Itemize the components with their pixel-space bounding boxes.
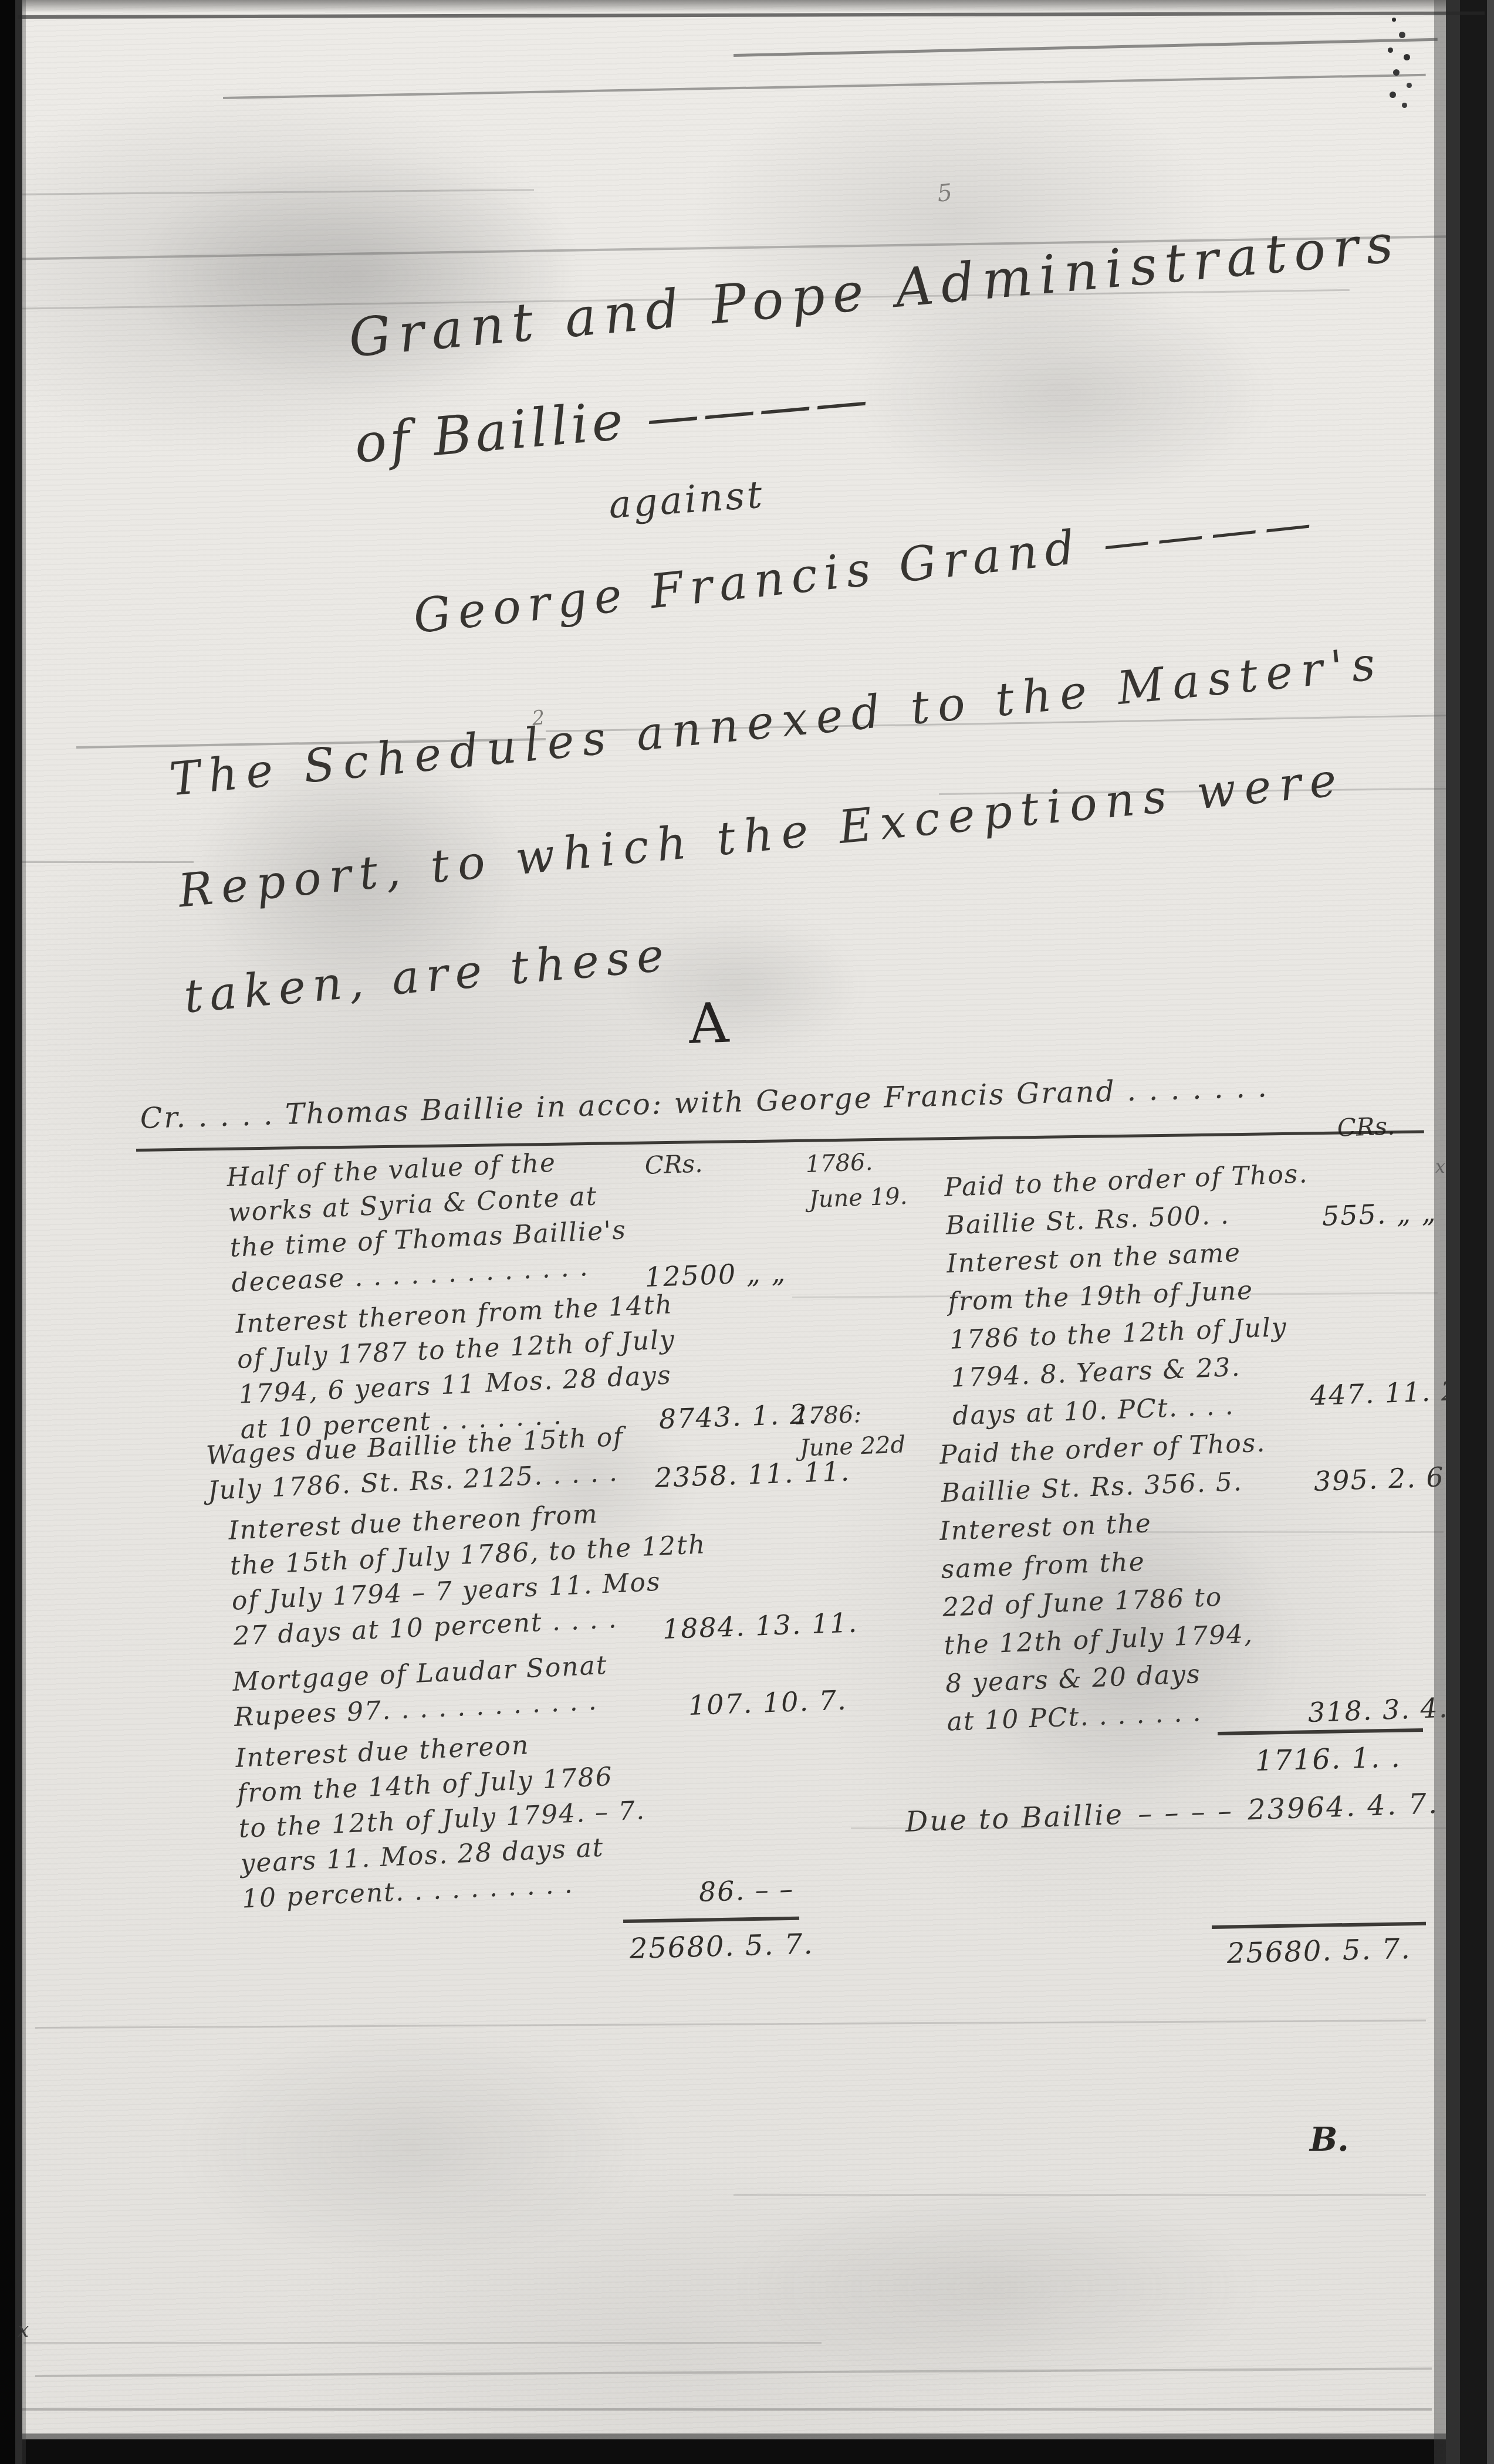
- ledger-left-entry-4: Interest due thereon from the 15th of Ju…: [228, 1492, 710, 1654]
- entry-amount: 107. 10. 7.: [688, 1684, 847, 1721]
- insert-mark: 2: [531, 706, 546, 730]
- ledger-left-entry-6: Interest due thereon from the 14th of Ju…: [235, 1723, 650, 1917]
- account-heading: Cr. . . . . Thomas Baillie in acco: with…: [140, 1070, 1269, 1135]
- scan-line: [734, 2194, 1426, 2196]
- ledger-right-entry-4: Interest on the same from the 22d of Jun…: [939, 1501, 1257, 1741]
- entry-amount: 86. – –: [698, 1873, 795, 1908]
- left-edge-mark: x: [18, 2319, 29, 2342]
- left-total-rule: [623, 1917, 799, 1923]
- date-year-1: 1786.: [805, 1149, 873, 1178]
- plate-letter-b: B.: [1310, 2120, 1349, 2159]
- entry-amount: 2358. 11. 11.: [654, 1455, 851, 1494]
- scan-line: [35, 2368, 1432, 2377]
- right-total: 25680. 5. 7.: [1226, 1932, 1411, 1970]
- entry-amount: 1884. 13. 11.: [662, 1606, 858, 1645]
- ledger-left-entry-5: Mortgage of Laudar Sonat Rupees 97. . . …: [232, 1648, 610, 1735]
- scan-line: [18, 2408, 1432, 2411]
- ledger-left-entry-1: Half of the value of the works at Syria …: [226, 1142, 629, 1301]
- manuscript-page: Grant and Pope Administrators of Baillie…: [0, 0, 1494, 2464]
- stray-squiggle-mark: 5: [936, 179, 954, 207]
- header-rule: [136, 1131, 1424, 1152]
- left-currency-header: CRs.: [644, 1149, 703, 1180]
- date-day-1: June 19.: [809, 1183, 908, 1213]
- right-subtotal: 1716. 1. .: [1255, 1741, 1401, 1777]
- due-label: Due to Baillie: [905, 1798, 1124, 1839]
- ledger-right-entry-3: Paid the order of Thos. Baillie St. Rs. …: [939, 1424, 1268, 1512]
- scan-line: [223, 74, 1426, 99]
- left-total: 25680. 5. 7.: [629, 1928, 814, 1965]
- scan-line: [0, 861, 194, 863]
- smudge: [734, 2182, 1262, 2394]
- corner-speckles: [1392, 18, 1396, 22]
- page-edge-right: [1425, 0, 1494, 2464]
- page-edge-left: [0, 0, 28, 2464]
- entry-amount: 8743. 1. 2.: [658, 1398, 818, 1435]
- right-total-rule: [1212, 1922, 1426, 1929]
- entry-amount: 555. „ „: [1321, 1196, 1437, 1232]
- due-dashes: – – – –: [1137, 1794, 1234, 1830]
- case-title-line-3: against: [607, 473, 766, 527]
- page-edge-bottom: [0, 2426, 1494, 2464]
- page-edge-top: [0, 0, 1494, 13]
- scan-line: [23, 2342, 822, 2344]
- section-letter-a: A: [688, 991, 730, 1057]
- smudge: [176, 2024, 645, 2270]
- right-currency-header: CRs.: [1337, 1112, 1395, 1142]
- ledger-right-entry-2: Interest on the same from the 19th of Ju…: [946, 1232, 1291, 1436]
- ledger-right-entry-1: Paid to the order of Thos. Baillie St. R…: [944, 1155, 1310, 1245]
- scan-line: [734, 38, 1438, 57]
- scan-line: [35, 2020, 1426, 2029]
- right-edge-mark: x: [1435, 1157, 1445, 1177]
- case-title-line-4: George Francis Grand ————: [411, 495, 1321, 644]
- due-amount: 23964. 4. 7.: [1247, 1787, 1439, 1826]
